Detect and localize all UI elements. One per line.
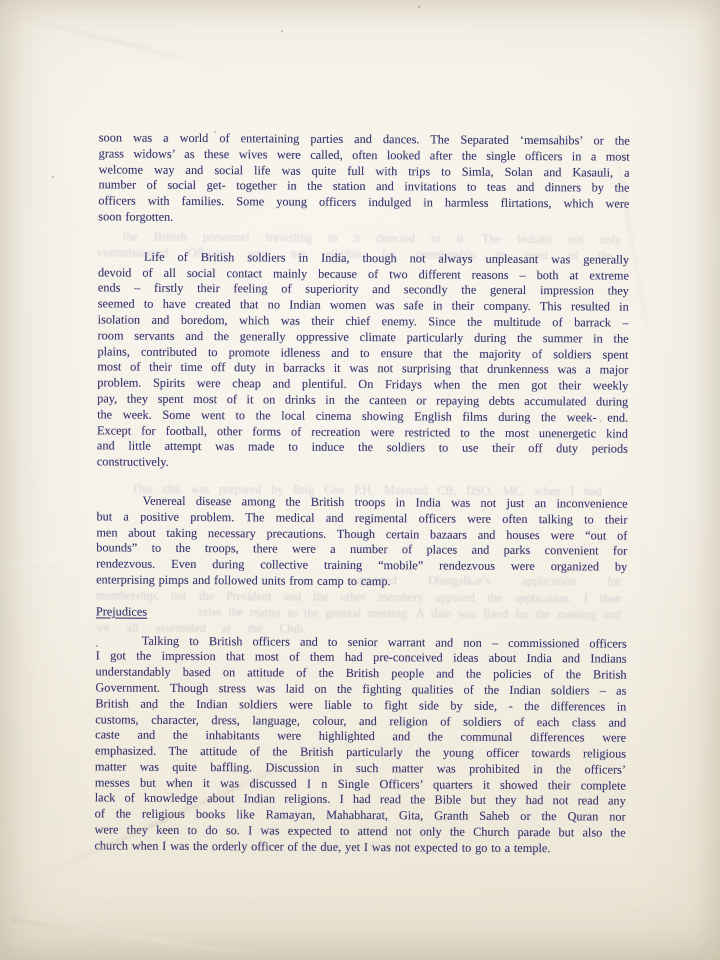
section-heading-text: Prejudices: [96, 604, 627, 623]
text-line: church when I was the orderly officer of…: [94, 838, 625, 857]
bleedthrough-layer: the British personnel travelling in it d…: [3, 0, 720, 2]
paragraph: Life of British soldiers in India, thoug…: [97, 249, 629, 473]
paragraph: soon was a world of entertaining parties…: [98, 130, 630, 228]
text-line: constructively.: [97, 455, 628, 474]
scanned-page: the British personnel travelling in it d…: [0, 0, 720, 960]
paragraph: Talking to British officers and to senio…: [94, 633, 626, 857]
section-heading: Prejudices: [96, 604, 627, 623]
text-block: soon was a world of entertaining parties…: [94, 130, 629, 857]
paragraph: Venereal disease among the British troop…: [96, 493, 628, 591]
text-line: soon forgotten.: [98, 209, 629, 228]
text-line: officers with families. Some young offic…: [98, 194, 629, 213]
text-line: enterprising pimps and followed units fr…: [96, 572, 627, 591]
page-tilt-layer: the British personnel travelling in it d…: [0, 0, 720, 960]
